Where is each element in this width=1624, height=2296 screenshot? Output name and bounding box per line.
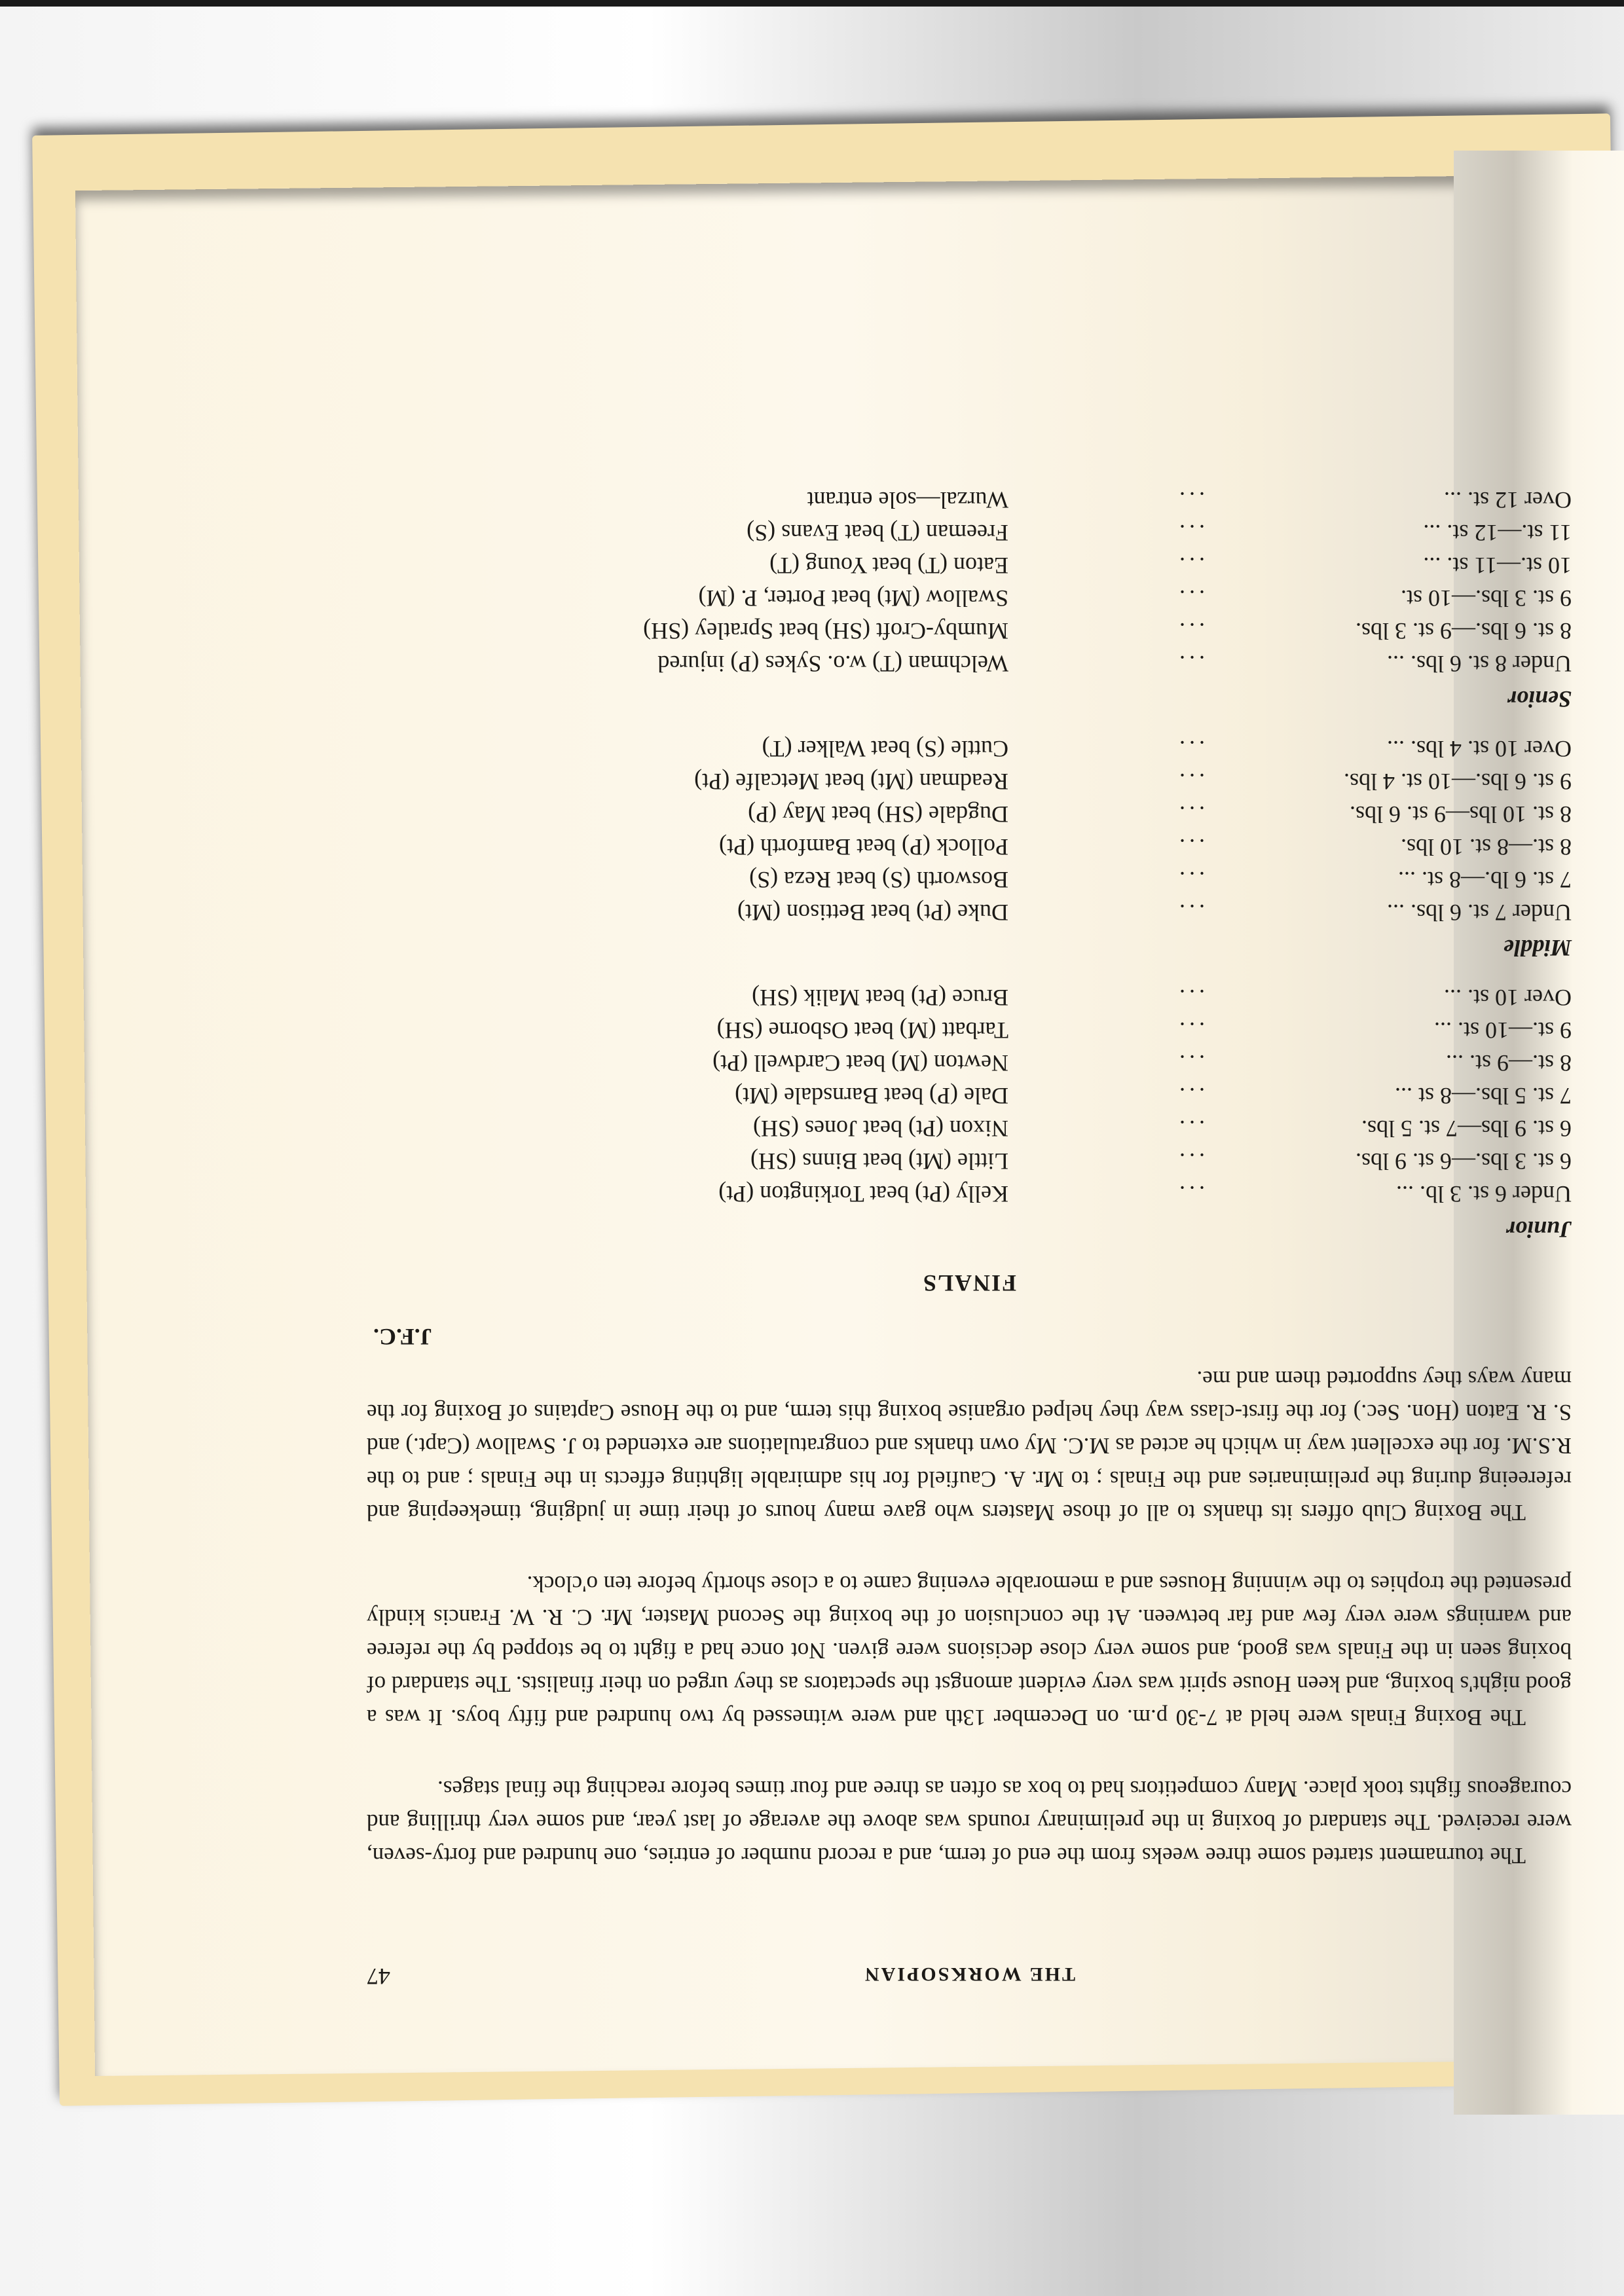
weight-class: Over 10 st. 4 lbs. ... (1205, 733, 1572, 765)
weight-class: 11 st.—12 st. ... (1205, 517, 1572, 549)
bout-row: 10 st.—11 st. ......Eaton (T) beat Young… (367, 549, 1572, 582)
leader-dots: ... (1008, 1112, 1205, 1145)
bout-result: Eaton (T) beat Young (T) (367, 549, 1008, 582)
bout-row: Over 10 st. 4 lbs. ......Cuttle (S) beat… (367, 733, 1572, 765)
bout-row: 11 st.—12 st. ......Freeman (T) beat Eva… (367, 517, 1572, 549)
page-number: 47 (367, 1963, 390, 1990)
weight-class: Under 7 st. 6 lbs. ... (1205, 896, 1572, 929)
bout-result: Dale (P) beat Barnsdale (Mt) (367, 1080, 1008, 1112)
weight-class: 6 st. 9 lbs—7 st. 5 lbs. (1205, 1112, 1572, 1145)
weight-class: 8 st.—8 st. 10 lbs. (1205, 831, 1572, 864)
bout-row: Under 7 st. 6 lbs. ......Duke (Pt) beat … (367, 896, 1572, 929)
bout-row: Under 8 st. 6 lbs. ......Welchman (T) w.… (367, 647, 1572, 680)
scanner-shadow (0, 0, 1624, 7)
weight-class: 6 st. 3 lbs.—6 st. 9 lbs. (1205, 1145, 1572, 1178)
bout-row: 9 st. 3 lbs.—10 st....Swallow (Mt) beat … (367, 582, 1572, 615)
leader-dots: ... (1008, 549, 1205, 582)
bout-result: Tarbatt (M) beat Osborne (SH) (367, 1014, 1008, 1047)
leader-dots: ... (1008, 896, 1205, 929)
paragraph-tournament: The tournament started some three weeks … (367, 1772, 1572, 1872)
leader-dots: ... (1008, 1145, 1205, 1178)
bout-result: Freeman (T) beat Evans (S) (367, 517, 1008, 549)
weight-class: 8 st. 6 lbs.—9 st. 3 lbs. (1205, 615, 1572, 647)
paragraph-finals-night: The Boxing Finals were held at 7-30 p.m.… (367, 1567, 1572, 1734)
leader-dots: ... (1008, 765, 1205, 798)
section-senior-heading: Senior (367, 685, 1572, 713)
bout-result: Readman (Mt) beat Metcalfe (Pt) (367, 765, 1008, 798)
bout-result: Wurzal—sole entrant (367, 484, 1008, 517)
bout-result: Newton (M) beat Cardwell (Pt) (367, 1047, 1008, 1080)
bout-row: 9 st.—10 st. ......Tarbatt (M) beat Osbo… (367, 1014, 1572, 1047)
bout-result: Swallow (Mt) beat Porter, P. (M) (367, 582, 1008, 615)
signature: J.F.C. (367, 1323, 1572, 1351)
leader-dots: ... (1008, 1014, 1205, 1047)
section-junior-heading: Junior (367, 1216, 1572, 1243)
leader-dots: ... (1008, 582, 1205, 615)
leader-dots: ... (1008, 831, 1205, 864)
bout-result: Duke (Pt) beat Bettison (Mt) (367, 896, 1008, 929)
paragraph-thanks: The Boxing Club offers its thanks to all… (367, 1362, 1572, 1529)
bout-row: Over 10 st. ......Bruce (Pt) beat Malik … (367, 981, 1572, 1014)
weight-class: 7 st. 6 lb.—8 st. ... (1205, 864, 1572, 896)
bout-row: 8 st.—9 st. ......Newton (M) beat Cardwe… (367, 1047, 1572, 1080)
weight-class: 8 st.—9 st. ... (1205, 1047, 1572, 1080)
bout-result: Dugdale (SH) beat May (P) (367, 798, 1008, 831)
finals-heading: FINALS (367, 1269, 1572, 1297)
leader-dots: ... (1008, 798, 1205, 831)
leader-dots: ... (1008, 733, 1205, 765)
leader-dots: ... (1008, 517, 1205, 549)
leader-dots: ... (1008, 647, 1205, 680)
running-title: THE WORKSOPIAN (367, 1963, 1572, 1985)
weight-class: 9 st.—10 st. ... (1205, 1014, 1572, 1047)
bout-row: 9 st. 6 lbs.—10 st. 4 lbs....Readman (Mt… (367, 765, 1572, 798)
bout-result: Welchman (T) w.o. Sykes (P) injured (367, 647, 1008, 680)
bout-row: 8 st. 6 lbs.—9 st. 3 lbs....Mumby-Croft … (367, 615, 1572, 647)
running-head: THE WORKSOPIAN 47 (367, 1951, 1572, 1990)
bout-row: 7 st. 5 lbs.—8 st ......Dale (P) beat Ba… (367, 1080, 1572, 1112)
leader-dots: ... (1008, 864, 1205, 896)
bout-result: Kelly (Pt) beat Torkington (Pt) (367, 1178, 1008, 1211)
weight-class: Under 8 st. 6 lbs. ... (1205, 647, 1572, 680)
bout-result: Bosworth (S) beat Reza (S) (367, 864, 1008, 896)
bout-row: 7 st. 6 lb.—8 st. ......Bosworth (S) bea… (367, 864, 1572, 896)
weight-class: Over 12 st. ... (1205, 484, 1572, 517)
bout-row: 6 st. 9 lbs—7 st. 5 lbs....Nixon (Pt) be… (367, 1112, 1572, 1145)
section-middle-heading: Middle (367, 934, 1572, 962)
bout-row: Over 12 st. ......Wurzal—sole entrant (367, 484, 1572, 517)
weight-class: Under 6 st. 3 lb. ... (1205, 1178, 1572, 1211)
leader-dots: ... (1008, 1080, 1205, 1112)
bout-row: 8 st. 10 lbs—9 st. 6 lbs....Dugdale (SH)… (367, 798, 1572, 831)
bout-row: 8 st.—8 st. 10 lbs....Pollock (P) beat B… (367, 831, 1572, 864)
leader-dots: ... (1008, 1047, 1205, 1080)
weight-class: 9 st. 6 lbs.—10 st. 4 lbs. (1205, 765, 1572, 798)
bout-row: 6 st. 3 lbs.—6 st. 9 lbs....Little (Mt) … (367, 1145, 1572, 1178)
leader-dots: ... (1008, 1178, 1205, 1211)
bout-result: Little (Mt) beat Binns (SH) (367, 1145, 1008, 1178)
weight-class: 7 st. 5 lbs.—8 st ... (1205, 1080, 1572, 1112)
bout-result: Nixon (Pt) beat Jones (SH) (367, 1112, 1008, 1145)
weight-class: 10 st.—11 st. ... (1205, 549, 1572, 582)
page-content-upside-down: THE WORKSOPIAN 47 The tournament started… (367, 393, 1572, 1990)
weight-class: 8 st. 10 lbs—9 st. 6 lbs. (1205, 798, 1572, 831)
leader-dots: ... (1008, 615, 1205, 647)
bout-result: Pollock (P) beat Bamforth (Pt) (367, 831, 1008, 864)
leader-dots: ... (1008, 981, 1205, 1014)
leader-dots: ... (1008, 484, 1205, 517)
weight-class: 9 st. 3 lbs.—10 st. (1205, 582, 1572, 615)
bout-result: Bruce (Pt) beat Malik (SH) (367, 981, 1008, 1014)
weight-class: Over 10 st. ... (1205, 981, 1572, 1014)
bout-row: Under 6 st. 3 lb. ......Kelly (Pt) beat … (367, 1178, 1572, 1211)
bout-result: Mumby-Croft (SH) beat Spratley (SH) (367, 615, 1008, 647)
bout-result: Cuttle (S) beat Walker (T) (367, 733, 1008, 765)
